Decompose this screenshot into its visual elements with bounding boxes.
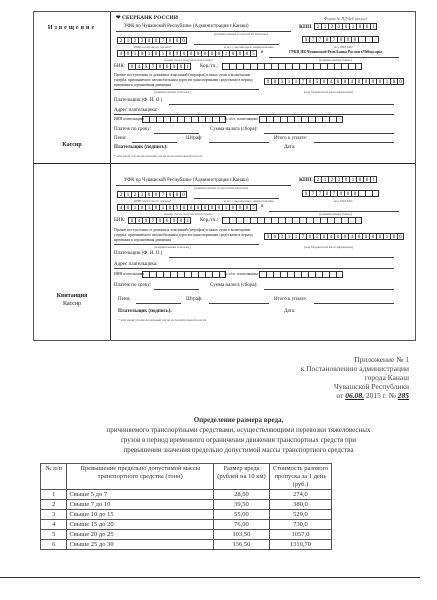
digit-cell[interactable] [198,271,205,278]
digit-cell[interactable]: 0 [355,78,362,85]
digit-cell[interactable] [236,217,243,224]
row-damage: 76,00 [213,520,269,530]
digit-cell[interactable]: 5 [313,233,320,240]
digit-cell[interactable]: 5 [250,50,257,57]
digit-cell[interactable]: 0 [208,50,215,57]
digit-cell[interactable]: 1 [145,204,152,211]
digit-cell[interactable] [243,63,250,70]
receipt-recipient-caption: (наименование получателя платежа) [194,186,248,190]
digit-cell[interactable]: 1 [370,23,377,30]
digit-cell[interactable] [212,116,219,123]
digit-cell[interactable]: 1 [292,78,299,85]
digit-cell[interactable] [243,217,250,224]
payment-field[interactable] [154,133,199,134]
digit-cell[interactable]: 0 [334,233,341,240]
digit-cell[interactable]: 0 [376,233,383,240]
table-row: 5Свыше 20 до 25103,501057,0 [41,530,332,540]
digit-cell[interactable] [287,116,294,123]
digit-cell[interactable] [156,271,163,278]
total-field[interactable] [314,142,394,143]
digit-cell[interactable]: 1 [292,233,299,240]
digit-cell[interactable]: 8 [152,204,159,211]
digit-cell[interactable] [149,271,156,278]
digit-cell[interactable]: 1 [321,176,328,183]
digit-cell[interactable]: 0 [362,233,369,240]
digit-cell[interactable]: 0 [173,191,180,198]
receipt-kpp-cells[interactable]: 212301001 [314,176,377,183]
digit-cell[interactable] [285,63,292,70]
digit-cell[interactable] [355,63,362,70]
digit-cell[interactable]: 0 [229,50,236,57]
digit-cell[interactable]: 0 [376,78,383,85]
receipt-payer-account-label: № л/сч. плательщика [224,272,258,276]
digit-cell[interactable] [348,217,355,224]
digit-cell[interactable]: 0 [397,233,404,240]
receipt-kbk-cells[interactable]: 90311705040040000180 [264,233,404,240]
digit-cell[interactable] [322,271,329,278]
digit-cell[interactable]: 9 [264,233,271,240]
digit-cell[interactable]: 9 [302,190,309,197]
digit-cell[interactable] [306,63,313,70]
digit-cell[interactable]: 0 [187,50,194,57]
digit-cell[interactable]: 3 [278,78,285,85]
table-header-row: № п/п Превышение предельно допустимой ма… [41,464,332,490]
payment-form: Извещение Кассир Квитанция Кассир ❤ СБЕР… [33,11,416,341]
fine-field[interactable] [209,142,269,143]
digit-cell[interactable]: 0 [208,204,215,211]
digit-cell[interactable]: 0 [180,50,187,57]
digit-cell[interactable]: 0 [145,37,152,44]
digit-cell[interactable] [358,36,365,43]
digit-cell[interactable] [299,63,306,70]
digit-cell[interactable] [334,217,341,224]
digit-cell[interactable] [329,271,336,278]
digit-cell[interactable]: 1 [370,176,377,183]
digit-cell[interactable]: 0 [342,176,349,183]
digit-cell[interactable]: 0 [337,36,344,43]
digit-cell[interactable]: 0 [180,191,187,198]
digit-cell[interactable] [163,271,170,278]
digit-cell[interactable]: 7 [316,190,323,197]
digit-cell[interactable]: 2 [314,176,321,183]
digit-cell[interactable] [212,271,219,278]
digit-cell[interactable] [329,116,336,123]
digit-cell[interactable] [259,271,266,278]
digit-cell[interactable]: 7 [159,37,166,44]
digit-cell[interactable] [372,36,379,43]
total-label: Итого к уплате: [274,136,307,141]
receipt-address-label: Адрес плательщика: [114,262,157,267]
digit-cell[interactable]: 4 [135,63,142,70]
digit-cell[interactable] [266,116,273,123]
digit-cell[interactable]: 9 [142,217,149,224]
digit-cell[interactable] [264,217,271,224]
penalty-field[interactable] [132,142,177,143]
digit-cell[interactable]: 0 [341,233,348,240]
digit-cell[interactable]: 1 [184,63,191,70]
digit-cell[interactable]: 4 [117,204,124,211]
digit-cell[interactable]: 2 [314,23,321,30]
digit-cell[interactable]: 0 [194,50,201,57]
digit-cell[interactable]: 0 [356,23,363,30]
digit-cell[interactable]: 1 [145,50,152,57]
bik-cells[interactable]: 049706001 [128,63,191,70]
digit-cell[interactable]: 0 [124,50,131,57]
digit-cell[interactable] [156,116,163,123]
digit-cell[interactable]: 0 [166,37,173,44]
digit-cell[interactable]: 7 [309,36,316,43]
digit-cell[interactable]: 0 [243,50,250,57]
digit-cell[interactable]: 0 [187,204,194,211]
digit-cell[interactable]: 6 [163,217,170,224]
digit-cell[interactable] [308,271,315,278]
digit-cell[interactable]: 0 [201,204,208,211]
digit-cell[interactable] [142,271,149,278]
digit-cell[interactable]: 0 [320,78,327,85]
digit-cell[interactable] [278,63,285,70]
digit-cell[interactable]: 3 [138,191,145,198]
payer-field[interactable] [169,104,394,105]
digit-cell[interactable]: 0 [344,190,351,197]
table-row: 1Свыше 5 до 728,50274,0 [41,490,332,500]
digit-cell[interactable] [320,63,327,70]
title-line1: Определение размера вреда, [40,415,437,425]
kbk-cells[interactable]: 90311705040040000180 [264,78,404,85]
digit-cell[interactable]: 1 [184,217,191,224]
digit-cell[interactable]: 1 [124,191,131,198]
digit-cell[interactable] [365,36,372,43]
receipt-tax-sum-field[interactable] [264,289,394,290]
digit-cell[interactable]: 0 [306,233,313,240]
digit-cell[interactable] [184,116,191,123]
digit-cell[interactable] [273,271,280,278]
receipt-oktmo-cells[interactable]: 97707000 [302,190,379,197]
header-pass-cost: Стоимость разового пропуска за 1 день (р… [269,464,331,490]
digit-cell[interactable]: 1 [222,204,229,211]
payer-account-cells[interactable] [259,116,343,123]
digit-cell[interactable]: 7 [149,217,156,224]
digit-cell[interactable] [177,271,184,278]
digit-cell[interactable]: 7 [330,190,337,197]
digit-cell[interactable]: 1 [383,233,390,240]
digit-cell[interactable]: 9 [173,204,180,211]
digit-cell[interactable]: 8 [152,50,159,57]
penalty-label: Пени: [114,136,127,141]
digit-cell[interactable] [315,271,322,278]
digit-cell[interactable]: 0 [351,190,358,197]
digit-cell[interactable]: 0 [166,191,173,198]
digit-cell[interactable] [294,116,301,123]
digit-cell[interactable]: 3 [335,23,342,30]
digit-cell[interactable] [184,271,191,278]
receipt-address-field[interactable] [114,268,394,269]
digit-cell[interactable]: 2 [131,37,138,44]
digit-cell[interactable]: 4 [348,233,355,240]
digit-cell[interactable] [348,63,355,70]
account-cells[interactable]: 40101810900000010005 [117,50,257,57]
title-line3: грузов в период временного ограничения д… [40,435,437,445]
digit-cell[interactable] [285,217,292,224]
digit-cell[interactable] [259,116,266,123]
digit-cell[interactable]: 1 [159,50,166,57]
digit-cell[interactable] [271,63,278,70]
digit-cell[interactable] [278,217,285,224]
digit-cell[interactable] [191,271,198,278]
digit-cell[interactable] [142,116,149,123]
receipt-tax-sum-label: Сумма налога (сбора): [210,283,258,288]
digit-cell[interactable]: 0 [128,217,135,224]
receipt-penalty-field[interactable] [136,303,181,304]
digit-cell[interactable]: 0 [156,217,163,224]
digit-cell[interactable]: 1 [131,50,138,57]
digit-cell[interactable]: 0 [323,190,330,197]
digit-cell[interactable]: 1 [131,204,138,211]
receipt-payer-account-cells[interactable] [259,271,343,278]
digit-cell[interactable] [287,271,294,278]
digit-cell[interactable]: 1 [222,50,229,57]
digit-cell[interactable]: 0 [363,176,370,183]
digit-cell[interactable]: 4 [327,233,334,240]
digit-cell[interactable]: 0 [145,191,152,198]
digit-cell[interactable] [280,271,287,278]
digit-cell[interactable] [315,116,322,123]
digit-cell[interactable] [257,63,264,70]
digit-cell[interactable]: 1 [349,176,356,183]
digit-cell[interactable]: 7 [330,36,337,43]
digit-cell[interactable] [271,217,278,224]
digit-cell[interactable] [149,116,156,123]
digit-cell[interactable]: 0 [156,63,163,70]
digit-cell[interactable] [292,63,299,70]
tax-sum-label: Сумма налога (сбора): [210,127,258,132]
digit-cell[interactable]: 0 [128,63,135,70]
digit-cell[interactable] [170,271,177,278]
digit-cell[interactable]: 5 [313,78,320,85]
digit-cell[interactable]: 1 [159,204,166,211]
footnote: * или иной уполномоченный орган исполнит… [114,154,202,158]
digit-cell[interactable]: 4 [348,78,355,85]
digit-cell[interactable]: 0 [180,37,187,44]
receipt-fine-field[interactable] [209,303,269,304]
digit-cell[interactable] [301,271,308,278]
digit-cell[interactable]: 0 [271,78,278,85]
receipt-account-cells[interactable]: 40101810900000010005 [117,204,257,211]
digit-cell[interactable]: 0 [355,233,362,240]
digit-cell[interactable]: 0 [170,63,177,70]
corr-cells[interactable] [222,63,362,70]
digit-cell[interactable] [308,116,315,123]
digit-cell[interactable]: 0 [342,23,349,30]
digit-cell[interactable]: 8 [390,78,397,85]
digit-cell[interactable]: 7 [159,191,166,198]
digit-cell[interactable] [198,116,205,123]
digit-cell[interactable]: 9 [302,36,309,43]
digit-cell[interactable] [336,271,343,278]
digit-cell[interactable]: 0 [337,190,344,197]
digit-cell[interactable]: 4 [117,50,124,57]
digit-cell[interactable]: 0 [306,78,313,85]
digit-cell[interactable]: 0 [170,217,177,224]
digit-cell[interactable]: 8 [390,233,397,240]
digit-cell[interactable] [229,217,236,224]
digit-cell[interactable] [313,217,320,224]
digit-cell[interactable]: 0 [320,233,327,240]
digit-cell[interactable] [365,190,372,197]
receipt-payer-inn-cells[interactable] [142,271,226,278]
digit-cell[interactable]: 0 [236,50,243,57]
digit-cell[interactable]: 0 [138,204,145,211]
row-range: Свыше 5 до 7 [67,490,214,500]
digit-cell[interactable]: 0 [177,217,184,224]
digit-cell[interactable] [327,63,334,70]
bank-branch: ГРКЦ НБ Чувашской Респ.Банка России г.Че… [289,50,382,54]
digit-cell[interactable]: 0 [166,204,173,211]
inn-cells[interactable]: 2123007000 [117,37,187,44]
digit-cell[interactable]: 7 [149,63,156,70]
receipt-total-field[interactable] [314,303,394,304]
digit-cell[interactable]: 0 [201,50,208,57]
digit-cell[interactable]: 3 [138,37,145,44]
digit-cell[interactable] [301,116,308,123]
digit-cell[interactable]: 0 [152,37,159,44]
digit-cell[interactable] [341,217,348,224]
tax-sum-field[interactable] [264,133,394,134]
digit-cell[interactable] [250,217,257,224]
digit-cell[interactable]: 4 [135,217,142,224]
digit-cell[interactable]: 0 [341,78,348,85]
digit-cell[interactable]: 0 [229,204,236,211]
digit-cell[interactable] [273,116,280,123]
digit-cell[interactable]: 1 [349,23,356,30]
digit-cell[interactable] [236,63,243,70]
digit-cell[interactable]: 3 [278,233,285,240]
digit-cell[interactable] [355,217,362,224]
digit-cell[interactable]: 2 [117,191,124,198]
digit-cell[interactable] [320,217,327,224]
digit-cell[interactable]: 0 [369,78,376,85]
digit-cell[interactable] [257,217,264,224]
digit-cell[interactable] [292,217,299,224]
digit-cell[interactable] [222,217,229,224]
digit-cell[interactable] [372,190,379,197]
digit-cell[interactable] [341,63,348,70]
payer-inn-cells[interactable] [142,116,226,123]
digit-cell[interactable] [229,63,236,70]
receipt-payment-field[interactable] [154,289,199,290]
table-row: 2Свыше 7 до 1039,50380,0 [41,500,332,510]
receipt-inn-cells[interactable]: 2123007000 [117,191,187,198]
digit-cell[interactable]: 0 [215,50,222,57]
row-number: 1 [41,490,67,500]
digit-cell[interactable]: 0 [124,204,131,211]
oktmo-cells[interactable]: 97707000 [302,36,379,43]
digit-cell[interactable] [294,271,301,278]
digit-cell[interactable]: 0 [138,50,145,57]
digit-cell[interactable]: 1 [285,78,292,85]
digit-cell[interactable]: 0 [369,233,376,240]
digit-cell[interactable]: 2 [328,23,335,30]
digit-cell[interactable]: 9 [142,63,149,70]
kpp-cells[interactable]: 212301001 [314,23,377,30]
digit-cell[interactable]: 7 [299,233,306,240]
digit-cell[interactable]: 0 [363,23,370,30]
digit-cell[interactable]: 0 [180,204,187,211]
title-line4: превышении значения предельно допустимой… [40,445,437,455]
digit-cell[interactable] [205,116,212,123]
digit-cell[interactable]: 0 [356,176,363,183]
receipt-bik-cells[interactable]: 049706001 [128,217,191,224]
digit-cell[interactable]: 0 [243,204,250,211]
digit-cell[interactable]: 7 [316,36,323,43]
digit-cell[interactable] [313,63,320,70]
digit-cell[interactable] [163,116,170,123]
digit-cell[interactable] [358,190,365,197]
digit-cell[interactable]: 9 [173,50,180,57]
digit-cell[interactable] [322,116,329,123]
digit-cell[interactable]: 0 [397,78,404,85]
digit-cell[interactable] [250,63,257,70]
digit-cell[interactable]: 2 [328,176,335,183]
digit-cell[interactable] [170,116,177,123]
address-field[interactable] [114,114,394,115]
digit-cell[interactable]: 3 [335,176,342,183]
digit-cell[interactable] [264,63,271,70]
digit-cell[interactable]: 0 [271,233,278,240]
digit-cell[interactable]: 1 [124,37,131,44]
digit-cell[interactable]: 5 [250,204,257,211]
notice-label: Извещение [34,25,110,31]
digit-cell[interactable] [306,217,313,224]
digit-cell[interactable]: 0 [334,78,341,85]
digit-cell[interactable]: 4 [327,78,334,85]
inn-caption: ИНН налогового органа* [134,45,172,49]
digit-cell[interactable] [205,271,212,278]
digit-cell[interactable]: 6 [163,63,170,70]
digit-cell[interactable]: 2 [117,37,124,44]
digit-cell[interactable] [327,217,334,224]
digit-cell[interactable] [177,116,184,123]
digit-cell[interactable]: 0 [177,63,184,70]
digit-cell[interactable] [266,271,273,278]
digit-cell[interactable]: 0 [166,50,173,57]
digit-cell[interactable]: 0 [215,204,222,211]
digit-cell[interactable] [191,116,198,123]
digit-cell[interactable]: 7 [309,190,316,197]
digit-cell[interactable] [299,217,306,224]
digit-cell[interactable]: 1 [321,23,328,30]
row-number: 4 [41,520,67,530]
digit-cell[interactable]: 0 [236,204,243,211]
digit-cell[interactable]: 0 [362,78,369,85]
digit-cell[interactable] [280,116,287,123]
digit-cell[interactable]: 0 [152,191,159,198]
digit-cell[interactable]: 0 [351,36,358,43]
digit-cell[interactable]: 0 [323,36,330,43]
digit-cell[interactable]: 0 [173,37,180,44]
digit-cell[interactable] [222,63,229,70]
digit-cell[interactable]: 0 [194,204,201,211]
digit-cell[interactable]: 1 [285,233,292,240]
digit-cell[interactable]: 0 [344,36,351,43]
digit-cell[interactable] [334,63,341,70]
digit-cell[interactable] [336,116,343,123]
digit-cell[interactable]: 2 [131,191,138,198]
digit-cell[interactable]: 9 [264,78,271,85]
digit-cell[interactable]: 1 [383,78,390,85]
receipt-corr-cells[interactable] [222,217,362,224]
receipt-payer-field[interactable] [169,257,394,258]
digit-cell[interactable]: 7 [299,78,306,85]
